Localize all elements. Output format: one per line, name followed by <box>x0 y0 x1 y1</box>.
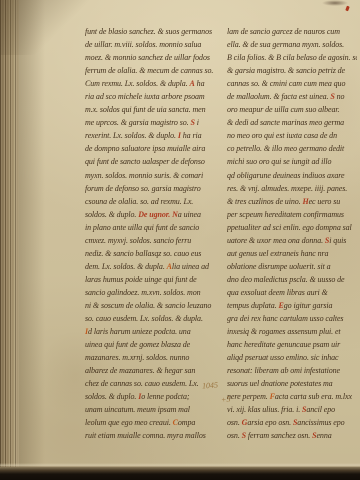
text-run: forum de defonso so. garsia magistro <box>85 184 201 193</box>
manuscript-line: de dompno saluatore ipsa muialle aira <box>85 142 219 155</box>
text-run: co petrello. & illo meo germano dedit <box>227 144 344 153</box>
text-run: chez de cannas so. cauo eusdem. Lx. <box>85 379 199 388</box>
right-text-column: lam de sancio garcez de nauros cumella. … <box>227 25 357 443</box>
manuscript-line: ni & soscum de olalia. & sancio leuzano <box>85 299 219 312</box>
text-run: lam de sancio garcez de nauros cum <box>227 27 340 36</box>
top-edge-smudge <box>322 0 348 6</box>
left-text-column: funt de blasio sanchez. & suos germanosd… <box>85 25 219 443</box>
manuscript-line: cannas so. & cmini cam cum mea quo <box>227 77 357 90</box>
text-run: oblatione disrumpe uoluerit. sit a <box>227 262 331 271</box>
manuscript-line: in plano ante uilla qui funt de sancio <box>85 221 219 234</box>
margin-note-year: 1045 <box>202 380 219 390</box>
text-run: in plano ante uilla qui funt de sancio <box>85 223 199 232</box>
manuscript-line: cmxez. myxvj. soldos. sancio ferru <box>85 234 219 247</box>
text-run: ha ria <box>181 131 202 140</box>
manuscript-line: dem. Lx. soldos. & dupla. Alia uinea ad <box>85 260 219 273</box>
manuscript-line: tempus duplata. Ego igitur garsia <box>227 299 357 312</box>
manuscript-line: forum de defonso so. garsia magistro <box>85 182 219 195</box>
book-gutter-page-edges <box>0 0 19 472</box>
text-run: inxesiq & rogames assensum plui. et <box>227 327 341 336</box>
text-run: rexerint. Lx. soldos. & duplo. <box>85 131 178 140</box>
text-run: so. cauo eusdem. Lx. soldos. & dupla. <box>85 314 203 323</box>
manuscript-line: csouna de olalia. so. ad rexmu. Lx. <box>85 195 219 208</box>
text-run: ec uero su <box>309 197 341 206</box>
text-run: arsia epo osn. <box>247 418 293 427</box>
text-run: i quis <box>329 236 346 245</box>
manuscript-line: ria ad sco michele iuxta arbore psoam <box>85 90 219 103</box>
text-run: uinea qui funt de gomez blasza de <box>85 340 190 349</box>
manuscript-line: nediz. & sancio ballasqz so. cauo eus <box>85 247 219 260</box>
text-run: & dedi ad sancte marinas meo germa <box>227 118 344 127</box>
text-run: lia uinea ad <box>172 262 209 271</box>
manuscript-line: soldos. & duplo. Io lenne podcta; <box>85 390 219 403</box>
manuscript-line: & garsia magistro. & sancio petriz de <box>227 64 357 77</box>
manuscript-line: albarez de mazanares. & hegar san <box>85 364 219 377</box>
manuscript-line: hanc hereditate genuncaue psam uir <box>227 338 357 351</box>
text-run: ppetualiter ad sci enlin. ego dompna sal <box>227 223 352 232</box>
manuscript-line: Id laris harum unieze podcta. una <box>85 325 219 338</box>
text-run: no meo oro qui est iuxta casa de dn <box>227 131 337 140</box>
text-run: de dompno saluatore ipsa muialle aira <box>85 144 205 153</box>
text-run: osn. <box>227 431 242 440</box>
text-run: acta carta sub era. m.lxx <box>275 392 352 401</box>
text-run: i <box>195 118 199 127</box>
text-run: go igitur garsia <box>284 301 333 310</box>
text-run: aliqd pseruat usso emlino. sic inhac <box>227 353 339 362</box>
gutter-shadow <box>19 0 45 472</box>
text-run: nediz. & sancio ballasqz so. cauo eus <box>85 249 201 258</box>
text-run: sancio galindoez. m.xvn. soldos. mon <box>85 288 201 297</box>
text-run: ni & soscum de olalia. & sancio leuzano <box>85 301 211 310</box>
manuscript-line: leolum que ego meo creaui. Compa <box>85 416 219 429</box>
text-run: & garsia magistro. & sancio petriz de <box>227 66 345 75</box>
text-run: m.x. soldos qui funt de uia sancta. men <box>85 105 206 114</box>
manuscript-line: sancio galindoez. m.xvn. soldos. mon <box>85 286 219 299</box>
text-run: ferram sanchez osn. <box>246 431 312 440</box>
manuscript-line: oblatione disrumpe uoluerit. sit a <box>227 260 357 273</box>
desk-edge-shadow <box>0 467 360 480</box>
text-run: ferrum de olalia. & mecum de cannas so. <box>85 66 213 75</box>
text-run: de mallaolum. & facta est uinea. <box>227 92 330 101</box>
text-run: laras humus poide uinge qui funt de <box>85 275 197 284</box>
manuscript-line: osn. S ferram sanchez osn. Senna <box>227 429 357 442</box>
text-run: ha <box>195 79 205 88</box>
text-run: cannas so. & cmini cam cum mea quo <box>227 79 345 88</box>
manuscript-line: vi. xij. klas ulius. fria. i. Sancil epo <box>227 403 357 416</box>
text-run: hanc hereditate genuncaue psam uir <box>227 340 340 349</box>
text-run: a uinea <box>178 210 201 219</box>
text-run: ria ad sco michele iuxta arbore psoam <box>85 92 205 101</box>
text-run: moez. & monnio sanchez de uillar fodos <box>85 53 210 62</box>
text-run: nere perpem. <box>227 392 270 401</box>
manuscript-line: no meo oro qui est iuxta casa de dn <box>227 129 357 142</box>
manuscript-line: nere perpem. Facta carta sub era. m.lxx <box>227 390 357 403</box>
text-run: aut genus uel extraneis hanc nra <box>227 249 328 258</box>
manuscript-line: & tres cuzlinos de uino. Hec uero su <box>227 195 357 208</box>
manuscript-line: so. cauo eusdem. Lx. soldos. & dupla. <box>85 312 219 325</box>
text-run: o lenne podcta; <box>141 392 189 401</box>
text-run: dem. Lx. soldos. & dupla. <box>85 262 167 271</box>
text-run: funt de blasio sanchez. & suos germanos <box>85 27 212 36</box>
text-run: ompa <box>178 418 195 427</box>
manuscript-line: moez. & monnio sanchez de uillar fodos <box>85 51 219 64</box>
text-run: me uprcos. & garsia magistro so. <box>85 118 190 127</box>
text-run: resonat: liberam ab omi infestatione <box>227 366 340 375</box>
manuscript-line: ppetualiter ad sci enlin. ego dompna sal <box>227 221 357 234</box>
manuscript-line: suorus uel dnatione potestates ma <box>227 377 357 390</box>
manuscript-line: uinea qui funt de gomez blasza de <box>85 338 219 351</box>
text-run: qua exsoluat deem libras auri & <box>227 288 328 297</box>
manuscript-line: resonat: liberam ab omi infestatione <box>227 364 357 377</box>
manuscript-line: Cum rexmu. Lx. soldos. & dupla. A ha <box>85 77 219 90</box>
margin-note-mark: +5 <box>221 395 231 405</box>
text-run: res. & vnj. almudes. mxepe. iiij. panes. <box>227 184 347 193</box>
text-run: gra dei rex hanc cartulam usso caltes <box>227 314 343 323</box>
manuscript-line: inxesiq & rogames assensum plui. et <box>227 325 357 338</box>
manuscript-line: de mallaolum. & facta est uinea. S no <box>227 90 357 103</box>
manuscript-line: de uillar. m.viii. soldos. monnio salua <box>85 38 219 51</box>
manuscript-line: per scpeum hereditatem confirmamus <box>227 208 357 221</box>
text-run: albarez de mazanares. & hegar san <box>85 366 195 375</box>
manuscript-line: B cila folios. & B cila belaso de agosin… <box>227 51 357 64</box>
manuscript-line: funt de blasio sanchez. & suos germanos <box>85 25 219 38</box>
text-run: osn. <box>227 418 242 427</box>
text-run: Cum rexmu. Lx. soldos. & dupla. <box>85 79 190 88</box>
text-run: unam uincatum. meum ipsam mal <box>85 405 190 414</box>
manuscript-line: & dedi ad sancte marinas meo germa <box>227 116 357 129</box>
text-run: qui funt de sancto ualasper de defonso <box>85 157 205 166</box>
manuscript-line: aut genus uel extraneis hanc nra <box>227 247 357 260</box>
manuscript-line: ruit etiam muialle comna. myra mallos <box>85 429 219 442</box>
manuscript-line: res. & vnj. almudes. mxepe. iiij. panes. <box>227 182 357 195</box>
manuscript-line: ella. & de sua germana myxn. soldos. <box>227 38 357 51</box>
text-run: cmxez. myxvj. soldos. sancio ferru <box>85 236 191 245</box>
text-run: ella. & de sua germana myxn. soldos. <box>227 40 344 49</box>
text-run: & tres cuzlinos de uino. <box>227 197 302 206</box>
text-run: mazanares. m.xrnj. soldos. nunno <box>85 353 189 362</box>
manuscript-line: m.x. soldos qui funt de uia sancta. men <box>85 103 219 116</box>
manuscript-line: michi suo oro qui se iungit ad illo <box>227 155 357 168</box>
text-run: de uillar. m.viii. soldos. monnio salua <box>85 40 201 49</box>
text-run: vi. xij. klas ulius. fria. i. <box>227 405 302 414</box>
manuscript-photo: funt de blasio sanchez. & suos germanosd… <box>0 0 360 480</box>
text-run: no <box>335 92 345 101</box>
manuscript-line: qui funt de sancto ualasper de defonso <box>85 155 219 168</box>
manuscript-line: laras humus poide uinge qui funt de <box>85 273 219 286</box>
text-run: ancil epo <box>306 405 335 414</box>
text-run: oro meapur de uilla cum suo albear. <box>227 105 339 114</box>
manuscript-line: mazanares. m.xrnj. soldos. nunno <box>85 351 219 364</box>
text-run: soldos. & duplo. <box>85 392 138 401</box>
text-run: michi suo oro qui se iungit ad illo <box>227 157 331 166</box>
manuscript-line: ferrum de olalia. & mecum de cannas so. <box>85 64 219 77</box>
manuscript-line: myxn. soldos. monnio suris. & comari <box>85 169 219 182</box>
text-run: qd obligarune deuineas indiuos axare <box>227 171 344 180</box>
text-run: csouna de olalia. so. ad rexmu. Lx. <box>85 197 193 206</box>
text-run: dno deo maledictus pscla. & uusso de <box>227 275 345 284</box>
text-run: tempus duplata. <box>227 301 279 310</box>
manuscript-line: chez de cannas so. cauo eusdem. Lx. <box>85 377 219 390</box>
text-run: enna <box>316 431 331 440</box>
text-run: ruit etiam muialle comna. myra mallos <box>85 431 206 440</box>
manuscript-line: lam de sancio garcez de nauros cum <box>227 25 357 38</box>
manuscript-line: osn. Garsia epo osn. Sancissimus epo <box>227 416 357 429</box>
manuscript-line: co petrello. & illo meo germano dedit <box>227 142 357 155</box>
manuscript-line: soldos. & duplo. De ugnor. Na uinea <box>85 208 219 221</box>
manuscript-line: gra dei rex hanc cartulam usso caltes <box>227 312 357 325</box>
manuscript-line: unam uincatum. meum ipsam mal <box>85 403 219 416</box>
rubric-run: De ugnor. N <box>138 210 178 219</box>
manuscript-line: uatore & uxor mea ona donna. Si quis <box>227 234 357 247</box>
manuscript-line: rexerint. Lx. soldos. & duplo. I ha ria <box>85 129 219 142</box>
text-run: soldos. & duplo. <box>85 210 138 219</box>
text-run: ancissimus epo <box>297 418 344 427</box>
manuscript-line: qd obligarune deuineas indiuos axare <box>227 169 357 182</box>
manuscript-line: qua exsoluat deem libras auri & <box>227 286 357 299</box>
text-run: myxn. soldos. monnio suris. & comari <box>85 171 203 180</box>
manuscript-line: dno deo maledictus pscla. & uusso de <box>227 273 357 286</box>
manuscript-line: aliqd pseruat usso emlino. sic inhac <box>227 351 357 364</box>
manuscript-line: me uprcos. & garsia magistro so. S i <box>85 116 219 129</box>
text-run: uatore & uxor mea ona donna. <box>227 236 325 245</box>
text-run: per scpeum hereditatem confirmamus <box>227 210 344 219</box>
text-run: suorus uel dnatione potestates ma <box>227 379 333 388</box>
manuscript-line: oro meapur de uilla cum suo albear. <box>227 103 357 116</box>
text-run: B cila folios. & B cila belaso de agosin… <box>227 53 357 62</box>
text-run: d laris harum unieze podcta. una <box>88 327 191 336</box>
text-run: leolum que ego meo creaui. <box>85 418 173 427</box>
